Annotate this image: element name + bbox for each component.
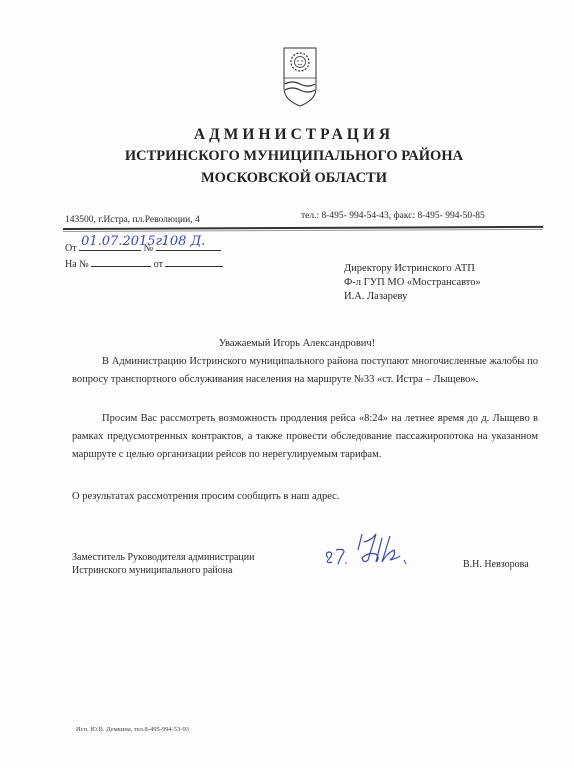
executor-note: Исп. Ю.В. Демкина, тел.8-495-994-53-93 bbox=[76, 726, 189, 733]
signatory-title: Заместитель Руководителя администрации И… bbox=[72, 551, 254, 577]
date-handwritten: 01.07.2015г. bbox=[81, 234, 166, 249]
on-label: На № bbox=[65, 259, 89, 270]
org-region: МОСКОВСКОЙ ОБЛАСТИ bbox=[0, 170, 574, 187]
signatory-position: Заместитель Руководителя администрации bbox=[72, 551, 254, 564]
number-field: 108 Д. bbox=[156, 240, 221, 251]
date-field: 01.07.2015г. bbox=[79, 240, 141, 251]
paragraph-reply-request: О результатах рассмотрения просим сообщи… bbox=[72, 488, 538, 506]
handwritten-signature-icon bbox=[320, 528, 430, 570]
signatory-name: В.Н. Невзорова bbox=[463, 559, 529, 570]
signatory-organization: Истринского муниципального района bbox=[72, 564, 254, 577]
org-title: АДМИНИСТРАЦИЯ bbox=[0, 126, 574, 144]
recipient-position: Директору Истринского АТП bbox=[344, 262, 481, 276]
org-subtitle: ИСТРИНСКОГО МУНИЦИПАЛЬНОГО РАЙОНА bbox=[0, 148, 574, 165]
on-from-label: от bbox=[154, 259, 163, 270]
incoming-number-field bbox=[91, 256, 151, 267]
paragraph-complaints: В Администрацию Истринского муниципально… bbox=[72, 353, 538, 389]
paragraph-request: Просим Вас рассмотреть возможность продл… bbox=[72, 410, 538, 464]
outgoing-reference: От 01.07.2015г. № 108 Д. bbox=[65, 240, 221, 254]
incoming-date-field bbox=[165, 256, 223, 267]
number-handwritten: 108 Д. bbox=[162, 234, 206, 249]
recipient-block: Директору Истринского АТП Ф-л ГУП МО «Мо… bbox=[344, 262, 481, 304]
salutation: Уважаемый Игорь Александрович! bbox=[0, 338, 574, 349]
recipient-name: И.А. Лазареву bbox=[344, 290, 481, 304]
org-contacts: тел.: 8-495- 994-54-43, факс: 8-495- 994… bbox=[301, 211, 485, 221]
org-address: 143500, г.Истра, пл.Революции, 4 bbox=[65, 215, 200, 225]
incoming-reference: На № от bbox=[65, 256, 223, 270]
coat-of-arms-icon bbox=[280, 40, 320, 110]
from-label: От bbox=[65, 243, 77, 254]
recipient-organization: Ф-л ГУП МО «Мострансавто» bbox=[344, 276, 481, 290]
